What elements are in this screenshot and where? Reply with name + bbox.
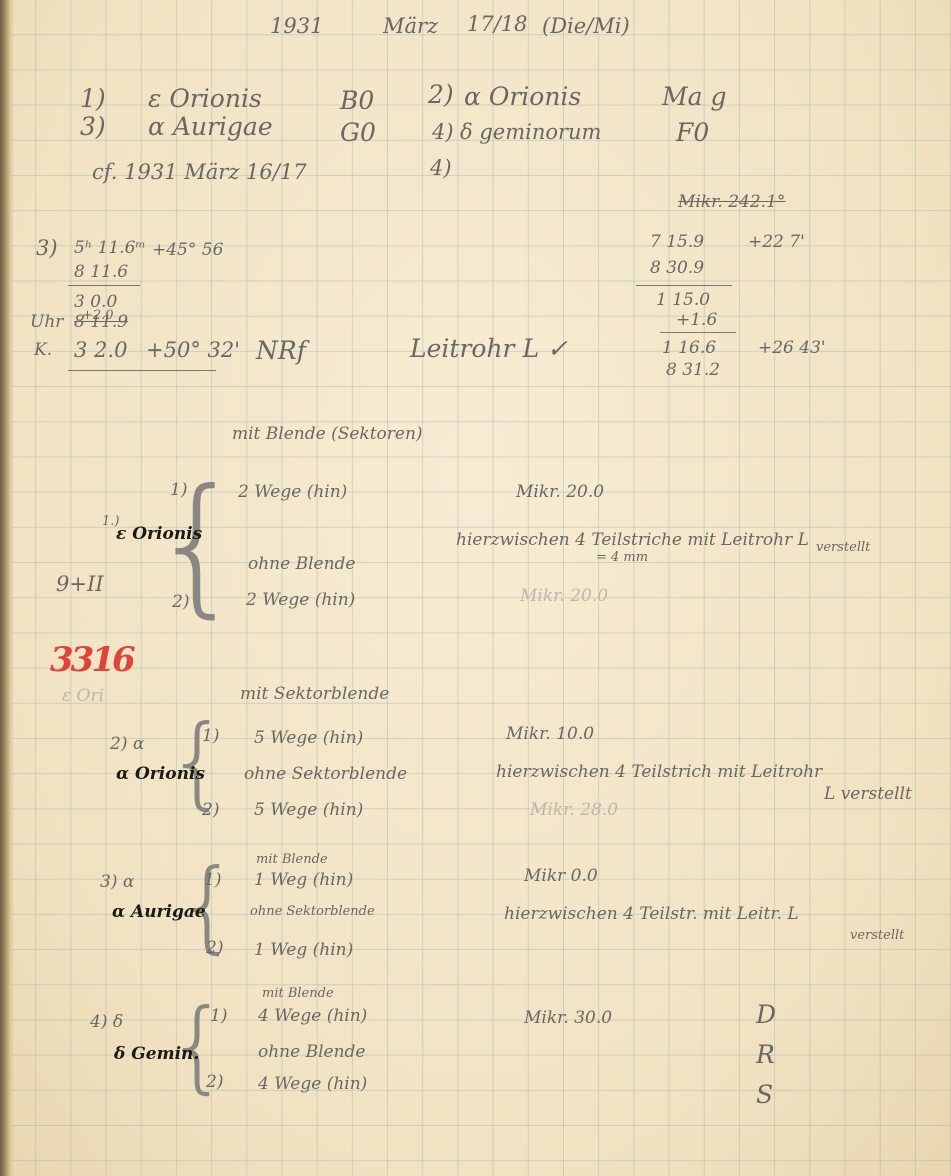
- exposure-1-number: 1): [204, 870, 221, 890]
- exposure-2-number: 2): [206, 1072, 223, 1092]
- star-3-name: α Aurigae: [148, 112, 273, 141]
- rcalc-corr: +1.6: [676, 310, 717, 330]
- mikr-reading: Mikr. 10.0: [506, 724, 594, 744]
- star-prefix: 4) δ: [90, 1012, 123, 1032]
- note-sub: = 4 mm: [596, 550, 648, 565]
- exposure-1: 4 Wege (hin): [258, 1006, 367, 1026]
- calc-k-label: K.: [34, 340, 52, 360]
- leitrohr-label: Leitrohr L ✓: [410, 334, 568, 363]
- exposure-2: 5 Wege (hin): [254, 800, 363, 820]
- exposure-2-number: 2): [172, 592, 189, 612]
- rcalc-ra: 7 15.9: [650, 232, 704, 252]
- rcalc-sub: 8 30.9: [650, 258, 704, 278]
- rcalc-rule-2: [660, 332, 736, 333]
- section-heading: mit Sektorblende: [240, 684, 389, 704]
- star-2-spectral: Ma g: [662, 82, 726, 111]
- note-text: hierzwischen 4 Teilstriche mit Leitrohr …: [456, 530, 809, 550]
- nrf-label: NRf: [256, 336, 306, 365]
- star-label: α Orionis: [116, 764, 205, 784]
- star-prefix: 2) α: [110, 734, 144, 754]
- exposure-2-number: 2): [206, 938, 223, 958]
- mikr-reading: Mikr. 30.0: [524, 1008, 612, 1028]
- star-1-spectral: B0: [340, 86, 374, 115]
- exposure-1: 2 Wege (hin): [238, 482, 347, 502]
- star-1-name: ε Orionis: [148, 84, 262, 113]
- faint-erased-text: Mikr. 20.0: [520, 586, 608, 606]
- star-4-number: 4): [432, 120, 454, 144]
- section-heading: mit Blende: [262, 986, 334, 1001]
- star-3-number: 3): [80, 112, 106, 141]
- calc-k-value: 3 2.0: [74, 338, 127, 362]
- middle-label: ohne Blende: [258, 1042, 365, 1062]
- calc-uhr: 8 11.9: [74, 312, 128, 332]
- rcalc-res2: 1 16.6: [662, 338, 716, 358]
- mikr-struck: Mikr. 242.1°: [678, 192, 785, 212]
- calc-uhr-label: Uhr: [30, 312, 63, 332]
- header-year: 1931: [270, 14, 323, 38]
- calc-label: 3): [36, 236, 58, 260]
- calc-subtrahend: 8 11.6: [74, 262, 128, 282]
- letter-r: R: [756, 1040, 775, 1069]
- header-month: März: [383, 14, 438, 38]
- brace-icon: {: [166, 712, 230, 812]
- middle-label: ohne Blende: [248, 554, 355, 574]
- star-1-number: 1): [80, 84, 106, 113]
- header-weekdays: (Die/Mi): [542, 14, 630, 38]
- calc-dec: +45° 56: [152, 240, 223, 260]
- note-end: verstellt: [850, 928, 904, 943]
- faint-erased-left: ε Ori: [62, 686, 104, 706]
- side-note: 9+II: [56, 572, 104, 596]
- mikr-reading: Mikr 0.0: [524, 866, 598, 886]
- section-heading: mit Blende (Sektoren): [232, 424, 423, 444]
- star-prefix: 3) α: [100, 872, 134, 892]
- exposure-2-number: 2): [202, 800, 219, 820]
- star-label: δ Gemin.: [114, 1044, 199, 1064]
- middle-label: ohne Sektorblende: [250, 904, 375, 919]
- exposure-2: 4 Wege (hin): [258, 1074, 367, 1094]
- star-label: α Aurigae: [112, 902, 206, 922]
- exposure-1-number: 1): [170, 480, 187, 500]
- rcalc-res1: 1 15.0: [656, 290, 710, 310]
- exposure-1-number: 1): [202, 726, 219, 746]
- exposure-1-number: 1): [210, 1006, 227, 1026]
- calc-k-dec: +50° 32': [146, 338, 240, 362]
- letter-d: D: [756, 1000, 776, 1029]
- rcalc-rule-1: [636, 285, 732, 286]
- note-text: hierzwischen 4 Teilstr. mit Leitr. L: [504, 904, 799, 924]
- faint-erased-text: Mikr. 28.0: [530, 800, 618, 820]
- middle-label: ohne Sektorblende: [244, 764, 407, 784]
- page-binding-edge: [0, 0, 14, 1176]
- letter-s: S: [756, 1080, 773, 1109]
- header-dates: 17/18: [467, 12, 528, 36]
- star-label: ε Orionis: [116, 524, 202, 544]
- star-4-spectral: F0: [676, 118, 709, 147]
- note-end: verstellt: [816, 540, 870, 555]
- note-text: hierzwischen 4 Teilstrich mit Leitrohr: [496, 762, 822, 782]
- exposure-1: 1 Weg (hin): [254, 870, 353, 890]
- calc-ra: 5ʰ 11.6ᵐ: [74, 238, 146, 258]
- note-end: L verstellt: [824, 784, 912, 804]
- rcalc-dec: +22 7': [748, 232, 805, 252]
- plate-number: 3316: [50, 640, 133, 680]
- exposure-2: 2 Wege (hin): [246, 590, 355, 610]
- star-2-number: 2): [428, 80, 454, 109]
- calc-rule-1: [68, 285, 140, 286]
- star-3-spectral: G0: [340, 118, 376, 147]
- star-2-name: α Orionis: [464, 82, 581, 111]
- calc-rule-2: [68, 370, 216, 371]
- cf-line: cf. 1931 März 16/17: [92, 160, 307, 184]
- exposure-2: 1 Weg (hin): [254, 940, 353, 960]
- cf-reference: 4): [430, 156, 452, 180]
- rcalc-dec2: +26 43': [758, 338, 826, 358]
- mikr-reading: Mikr. 20.0: [516, 482, 604, 502]
- star-4-name: δ geminorum: [460, 120, 601, 144]
- brace-icon: {: [150, 470, 245, 620]
- section-heading: mit Blende: [256, 852, 328, 867]
- rcalc-uhr: 8 31.2: [666, 360, 720, 380]
- exposure-1: 5 Wege (hin): [254, 728, 363, 748]
